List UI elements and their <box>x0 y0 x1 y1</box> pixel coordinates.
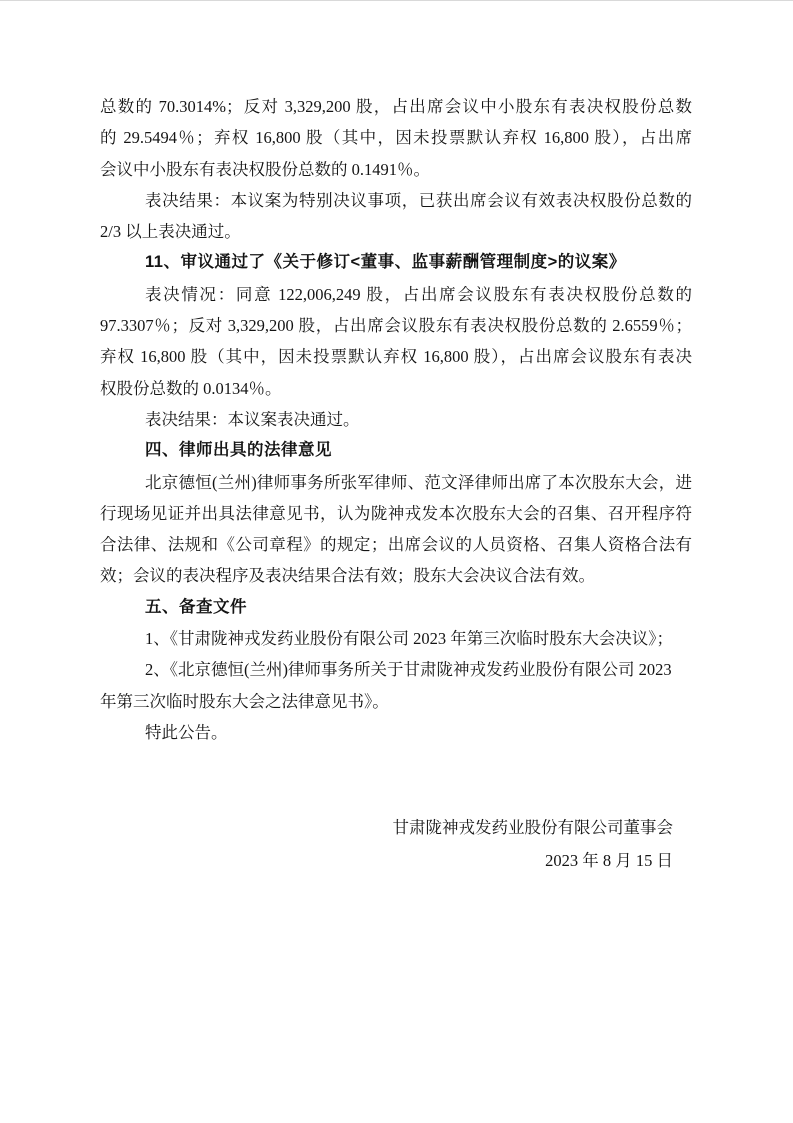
vote-result-line: 表决结果：本议案表决通过。 <box>100 404 692 435</box>
vote-detail-line: 总数的 70.3014%；反对 3,329,200 股，占出席会议中小股东有表决… <box>100 91 692 122</box>
reference-document-item-2: 2、《北京德恒(兰州)律师事务所关于甘肃陇神戎发药业股份有限公司 2023 <box>100 654 692 685</box>
legal-opinion-line: 合法律、法规和《公司章程》的规定；出席会议的人员资格、召集人资格合法有 <box>100 529 692 560</box>
signature-date: 2023 年 8 月 15 日 <box>393 844 674 877</box>
document-body: 总数的 70.3014%；反对 3,329,200 股，占出席会议中小股东有表决… <box>100 91 692 748</box>
vote-detail-line: 权股份总数的 0.0134％。 <box>100 373 692 404</box>
reference-document-item-2: 年第三次临时股东大会之法律意见书》。 <box>100 686 692 717</box>
signature-block: 甘肃陇神戎发药业股份有限公司董事会 2023 年 8 月 15 日 <box>393 811 674 877</box>
closing-statement: 特此公告。 <box>100 717 692 748</box>
reference-document-item-1: 1、《甘肃陇神戎发药业股份有限公司 2023 年第三次临时股东大会决议》； <box>100 623 692 654</box>
legal-opinion-line: 行现场见证并出具法律意见书，认为陇神戎发本次股东大会的召集、召开程序符 <box>100 498 692 529</box>
vote-detail-line: 97.3307％；反对 3,329,200 股，占出席会议股东有表决权股份总数的… <box>100 310 692 341</box>
reference-documents-heading: 五、备查文件 <box>100 592 692 623</box>
legal-opinion-heading: 四、律师出具的法律意见 <box>100 435 692 466</box>
vote-detail-line: 表决情况：同意 122,006,249 股，占出席会议股东有表决权股份总数的 <box>100 279 692 310</box>
document-page: 总数的 70.3014%；反对 3,329,200 股，占出席会议中小股东有表决… <box>0 0 793 1123</box>
agenda-item-11-heading: 11、审议通过了《关于修订<董事、监事薪酬管理制度>的议案》 <box>100 247 692 278</box>
legal-opinion-line: 效；会议的表决程序及表决结果合法有效；股东大会决议合法有效。 <box>100 560 692 591</box>
legal-opinion-line: 北京德恒(兰州)律师事务所张军律师、范文泽律师出席了本次股东大会，进 <box>100 467 692 498</box>
vote-detail-line: 会议中小股东有表决权股份总数的 0.1491％。 <box>100 154 692 185</box>
vote-detail-line: 的 29.5494％；弃权 16,800 股（其中，因未投票默认弃权 16,80… <box>100 122 692 153</box>
vote-result-line: 表决结果：本议案为特别决议事项，已获出席会议有效表决权股份总数的 <box>100 185 692 216</box>
vote-detail-line: 弃权 16,800 股（其中，因未投票默认弃权 16,800 股），占出席会议股… <box>100 341 692 372</box>
vote-result-line: 2/3 以上表决通过。 <box>100 216 692 247</box>
signature-company: 甘肃陇神戎发药业股份有限公司董事会 <box>393 811 674 844</box>
